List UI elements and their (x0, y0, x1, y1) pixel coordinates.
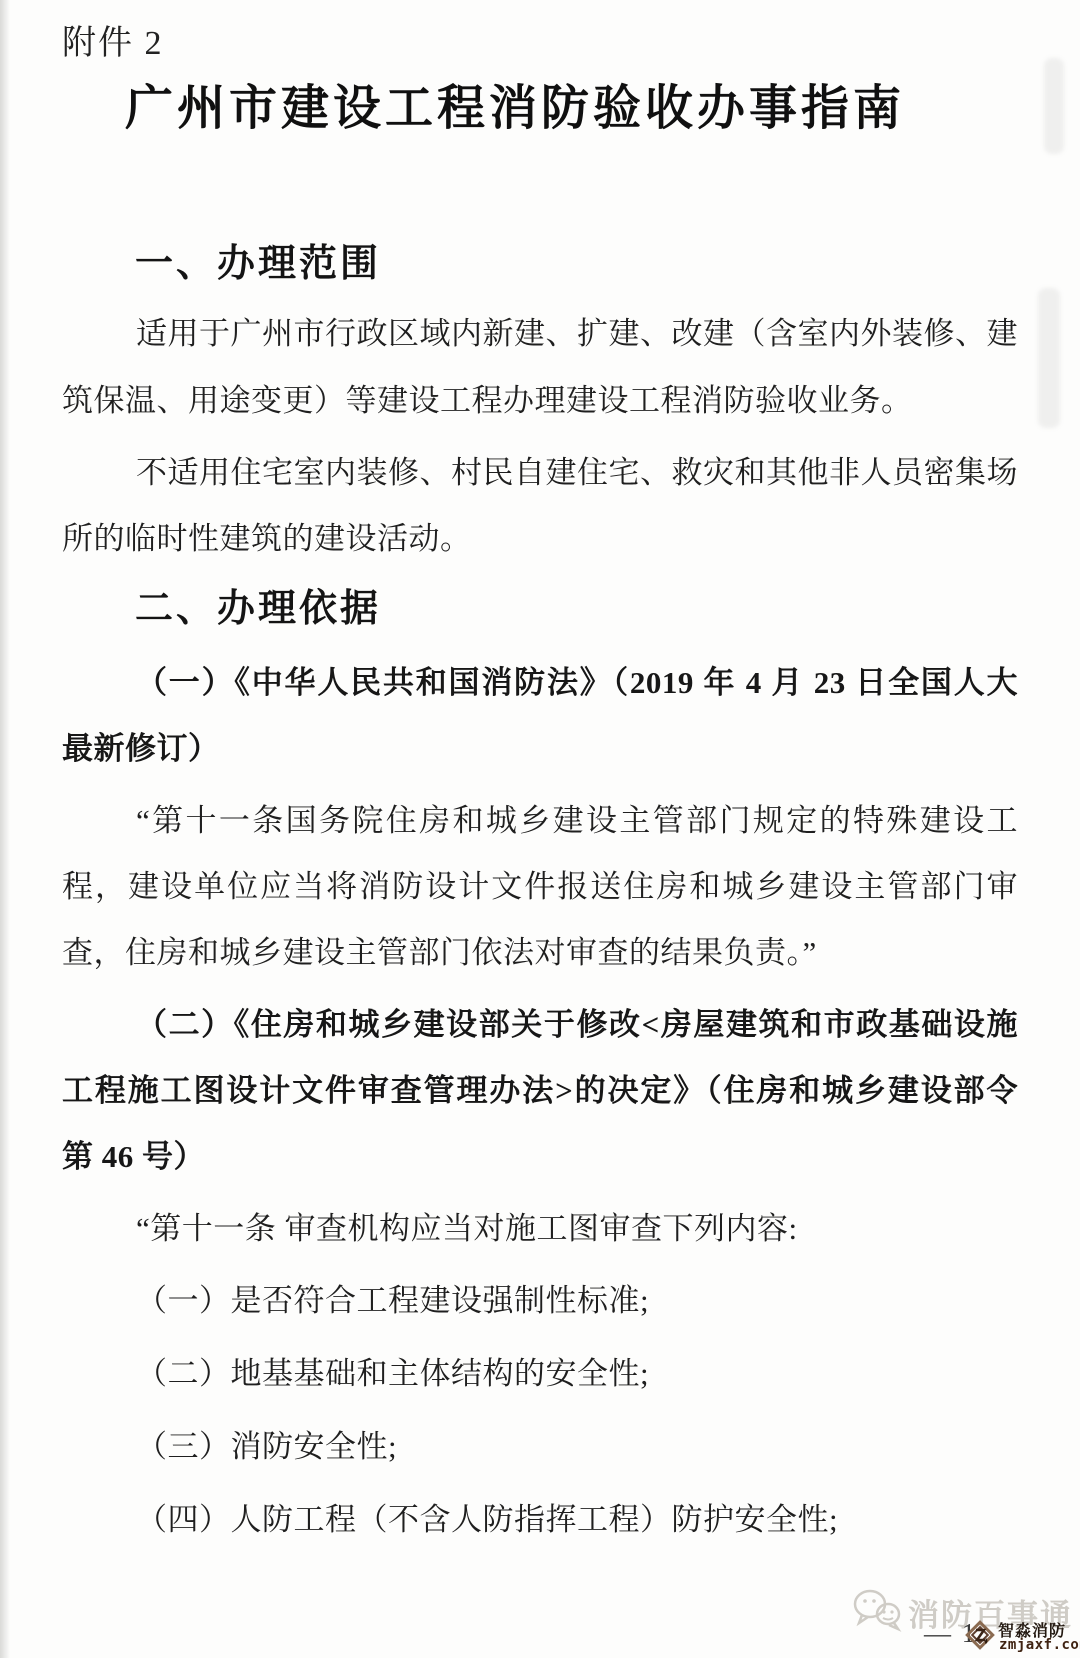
quote-fire-law-line-3: 查，住房和城乡建设主管部门依法对审查的结果负责。” (62, 933, 1018, 973)
basis-item-2-line-3: 第 46 号） (62, 1137, 1018, 1177)
para-scope-line-2: 筑保温、用途变更）等建设工程办理建设工程消防验收业务。 (62, 381, 1018, 421)
heading-basis: 二、办理依据 (135, 585, 381, 634)
basis-item-1-line-2: 最新修订） (62, 729, 1018, 769)
basis-item-1-line-1: （一）《中华人民共和国消防法》（2019 年 4 月 23 日全国人大 (62, 663, 1018, 703)
quote-fire-law-line-1: “第十一条国务院住房和城乡建设主管部门规定的特殊建设工 (62, 801, 1018, 841)
zmjaxf-logo-icon (964, 1618, 996, 1657)
attachment-label: 附件 2 (62, 24, 164, 65)
para-not-applicable-line-2: 所的临时性建筑的建设活动。 (62, 519, 1018, 559)
review-item-1: （一）是否符合工程建设强制性标准; (62, 1281, 1018, 1321)
heading-scope: 一、办理范围 (135, 240, 381, 289)
review-item-4: （四）人防工程（不含人防指挥工程）防护安全性; (62, 1500, 1018, 1540)
scan-edge-shadow (0, 0, 10, 1658)
document-page: 附件 2 广州市建设工程消防验收办事指南 一、办理范围适用于广州市行政区域内新建… (0, 0, 1080, 1658)
review-item-3: （三）消防安全性; (62, 1427, 1018, 1467)
quote-fire-law-line-2: 程，建设单位应当将消防设计文件报送住房和城乡建设主管部门审 (62, 867, 1018, 907)
para-not-applicable-line-1: 不适用住宅室内装修、村民自建住宅、救灾和其他非人员密集场 (62, 453, 1018, 493)
logo-website: zmjaxf.com (999, 1637, 1080, 1653)
review-item-2: （二）地基基础和主体结构的安全性; (62, 1354, 1018, 1394)
scan-smudge (1038, 288, 1060, 428)
quote-review-intro: “第十一条 审查机构应当对施工图审查下列内容: (62, 1209, 1018, 1249)
basis-item-2-line-1: （二）《住房和城乡建设部关于修改<房屋建筑和市政基础设施 (62, 1005, 1018, 1045)
page-title: 广州市建设工程消防验收办事指南 (0, 80, 1030, 138)
chat-bubbles-icon (852, 1586, 906, 1637)
para-scope-line-1: 适用于广州市行政区域内新建、扩建、改建（含室内外装修、建 (62, 314, 1018, 354)
scan-smudge (1044, 58, 1064, 154)
basis-item-2-line-2: 工程施工图设计文件审查管理办法>的决定》（住房和城乡建设部令 (62, 1071, 1018, 1111)
